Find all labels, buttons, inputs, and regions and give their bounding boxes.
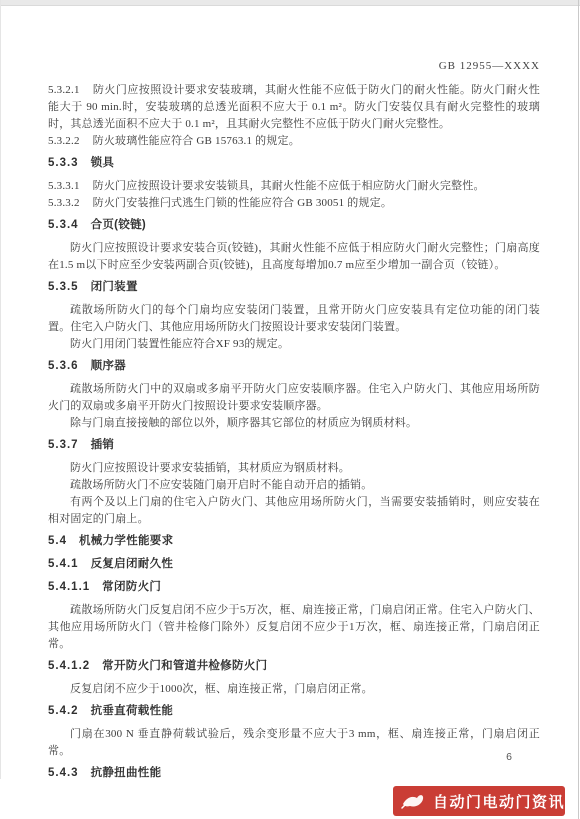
clause-text: 防火门应按照设计要求安装锁具，其耐火性能不应低于相应防火门耐火完整性。 — [93, 180, 485, 192]
heading-title: 反复启闭耐久性 — [91, 558, 174, 570]
heading-number: 5.3.4 — [48, 219, 79, 231]
clause-text: 防火玻璃性能应符合 GB 15763.1 的规定。 — [93, 135, 300, 147]
clause-5-3-3-1: 5.3.3.1防火门应按照设计要求安装锁具，其耐火性能不应低于相应防火门耐火完整… — [48, 178, 540, 195]
heading-title: 抗静扭曲性能 — [91, 767, 162, 779]
watermark-text: 自动门电动门资讯 — [433, 791, 565, 812]
bird-logo-icon — [401, 790, 427, 812]
heading-number: 5.3.7 — [48, 439, 79, 451]
heading-5-4-1-2: 5.4.1.2常开防火门和管道井检修防火门 — [48, 658, 540, 674]
heading-title: 合页(铰链) — [91, 219, 146, 231]
heading-number: 5.3.6 — [48, 360, 79, 372]
clause-5-3-2-2: 5.3.2.2防火玻璃性能应符合 GB 15763.1 的规定。 — [48, 133, 540, 150]
paragraph: 防火门用闭门装置性能应符合XF 93的规定。 — [48, 336, 540, 353]
page-top-edge — [0, 0, 580, 6]
paragraph: 有两个及以上门扇的住宅入户防火门、其他应用场所防火门，当需要安装插销时，则应安装… — [48, 494, 540, 528]
heading-title: 常开防火门和管道井检修防火门 — [102, 660, 267, 672]
clause-5-3-2-1: 5.3.2.1防火门应按照设计要求安装玻璃，其耐火性能不应低于防火门的耐火性能。… — [48, 82, 540, 133]
document-body: GB 12955—XXXX 5.3.2.1防火门应按照设计要求安装玻璃，其耐火性… — [0, 0, 580, 781]
heading-5-4: 5.4机械力学性能要求 — [48, 533, 540, 549]
heading-5-4-1-1: 5.4.1.1常闭防火门 — [48, 579, 540, 595]
heading-number: 5.3.3 — [48, 157, 79, 169]
paragraph: 疏散场所防火门反复启闭不应少于5万次，框、扇连接正常，门扇启闭正常。住宅入户防火… — [48, 602, 540, 653]
standard-number: GB 12955—XXXX — [48, 0, 540, 73]
heading-title: 常闭防火门 — [102, 581, 161, 593]
clause-text: 防火门应按照设计要求安装玻璃，其耐火性能不应低于防火门的耐火性能。防火门耐火性能… — [48, 84, 540, 130]
heading-number: 5.4.1.2 — [48, 660, 90, 672]
heading-number: 5.4.3 — [48, 767, 79, 779]
heading-5-4-1: 5.4.1反复启闭耐久性 — [48, 556, 540, 572]
clause-number: 5.3.2.2 — [48, 135, 80, 147]
heading-title: 机械力学性能要求 — [79, 535, 173, 547]
heading-5-3-3: 5.3.3锁具 — [48, 155, 540, 171]
paragraph: 反复启闭不应少于1000次，框、扇连接正常，门扇启闭正常。 — [48, 681, 540, 698]
paragraph: 疏散场所防火门中的双扇或多扇平开防火门应安装顺序器。住宅入户防火门、其他应用场所… — [48, 381, 540, 415]
heading-number: 5.4.2 — [48, 705, 79, 717]
heading-5-3-7: 5.3.7插销 — [48, 437, 540, 453]
clause-text: 防火门安装推闩式逃生门锁的性能应符合 GB 30051 的规定。 — [93, 197, 392, 209]
page-left-edge — [0, 0, 1, 779]
heading-number: 5.4.1.1 — [48, 581, 90, 593]
clause-5-3-3-2: 5.3.3.2防火门安装推闩式逃生门锁的性能应符合 GB 30051 的规定。 — [48, 195, 540, 212]
clause-number: 5.3.3.1 — [48, 180, 80, 192]
heading-5-4-3: 5.4.3抗静扭曲性能 — [48, 765, 540, 781]
heading-title: 闭门装置 — [91, 281, 138, 293]
paragraph: 防火门应按照设计要求安装插销，其材质应为钢质材料。 — [48, 460, 540, 477]
paragraph: 疏散场所防火门的每个门扇均应安装闭门装置，且常开防火门应安装具有定位功能的闭门装… — [48, 302, 540, 336]
clause-number: 5.3.2.1 — [48, 84, 80, 96]
heading-5-3-4: 5.3.4合页(铰链) — [48, 217, 540, 233]
paragraph: 防火门应按照设计要求安装合页(铰链)，其耐火性能不应低于相应防火门耐火完整性；门… — [48, 240, 540, 274]
page-number: 6 — [506, 751, 512, 763]
heading-5-3-5: 5.3.5闭门装置 — [48, 279, 540, 295]
heading-title: 顺序器 — [91, 360, 126, 372]
heading-number: 5.4.1 — [48, 558, 79, 570]
heading-title: 锁具 — [91, 157, 115, 169]
watermark-banner: 自动门电动门资讯 — [393, 786, 565, 816]
heading-title: 抗垂直荷载性能 — [91, 705, 174, 717]
heading-5-4-2: 5.4.2抗垂直荷载性能 — [48, 703, 540, 719]
heading-number: 5.3.5 — [48, 281, 79, 293]
heading-5-3-6: 5.3.6顺序器 — [48, 358, 540, 374]
paragraph: 除与门扇直接接触的部位以外，顺序器其它部位的材质应为钢质材料。 — [48, 415, 540, 432]
heading-number: 5.4 — [48, 535, 67, 547]
clause-number: 5.3.3.2 — [48, 197, 80, 209]
page-right-edge — [578, 0, 579, 819]
heading-title: 插销 — [91, 439, 115, 451]
scanned-standard-page: GB 12955—XXXX 5.3.2.1防火门应按照设计要求安装玻璃，其耐火性… — [0, 0, 580, 819]
paragraph: 疏散场所防火门不应安装随门扇开启时不能自动开启的插销。 — [48, 477, 540, 494]
paragraph: 门扇在300 N 垂直静荷载试验后，残余变形量不应大于3 mm，框、扇连接正常，… — [48, 726, 540, 760]
